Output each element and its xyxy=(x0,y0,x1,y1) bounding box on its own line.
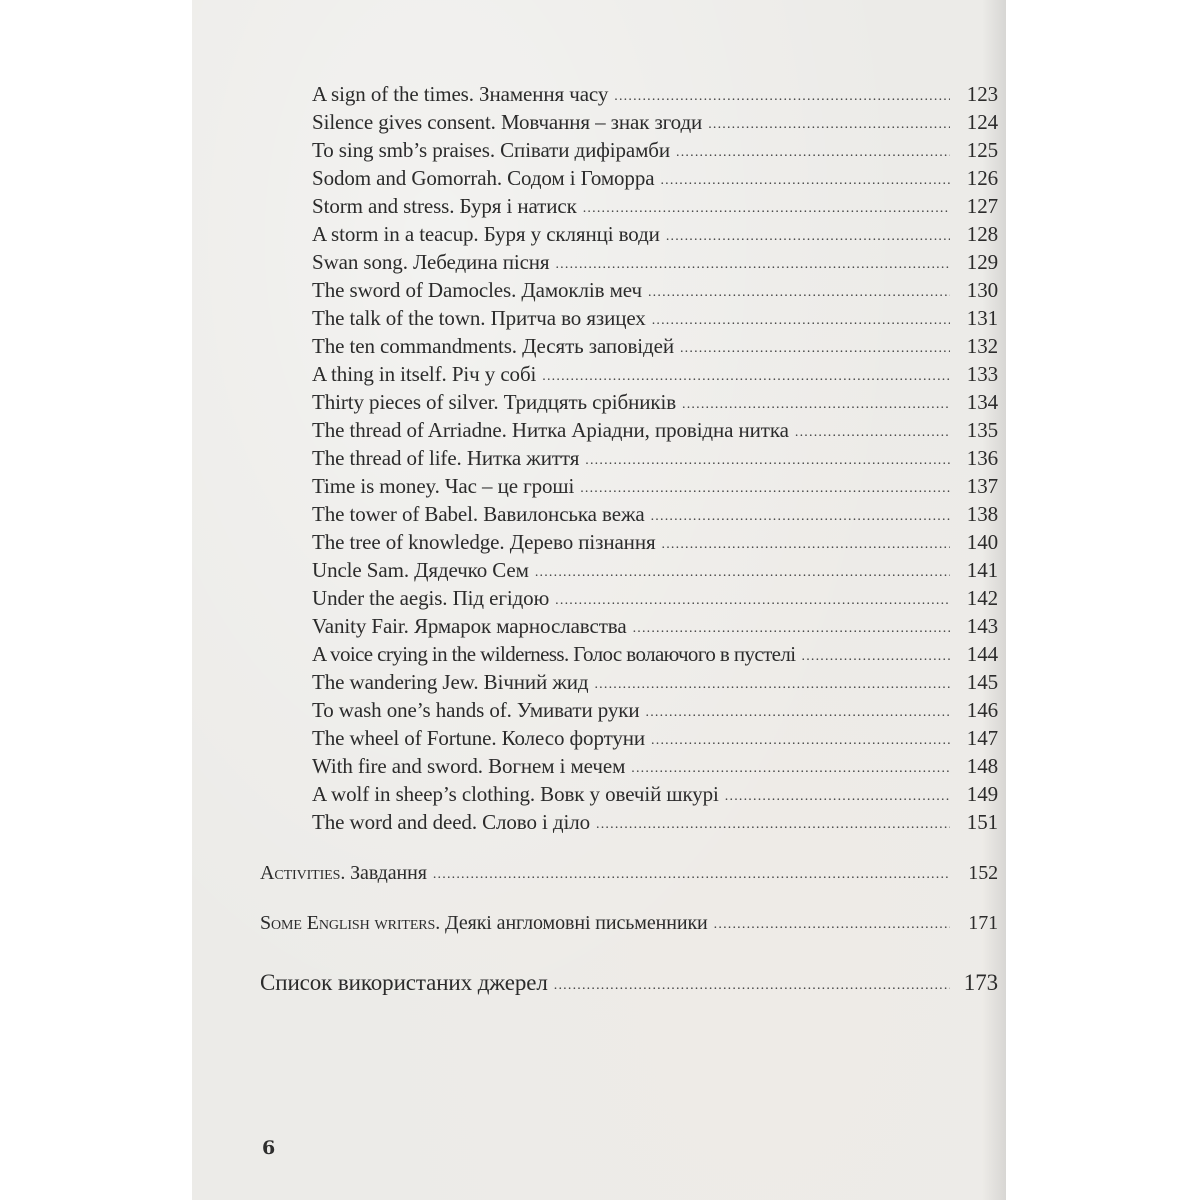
toc-entry-title: Vanity Fair. Ярмарок марнославства xyxy=(312,612,633,640)
toc-entry-title: Thirty pieces of silver. Тридцять срібни… xyxy=(312,388,682,416)
toc-entry-title: A voice crying in the wilderness. Голос … xyxy=(312,640,802,668)
dot-leader xyxy=(580,482,950,496)
toc-entry-page: 134 xyxy=(950,388,998,416)
dot-leader xyxy=(585,454,950,468)
toc-entry: The tree of knowledge. Дерево пізнання 1… xyxy=(312,528,998,556)
toc-entry: The talk of the town. Притча во язицех 1… xyxy=(312,304,998,332)
toc-entry-title: The tree of knowledge. Дерево пізнання xyxy=(312,528,662,556)
dot-leader xyxy=(682,398,950,412)
toc-section-page: 173 xyxy=(950,969,998,997)
toc-entry-page: 125 xyxy=(950,136,998,164)
toc-entry-page: 131 xyxy=(950,304,998,332)
toc-entry-title: The word and deed. Слово і діло xyxy=(312,808,596,836)
dot-leader xyxy=(795,426,950,440)
toc-entry-title: The thread of Arriadne. Нитка Аріадни, п… xyxy=(312,416,795,444)
dot-leader xyxy=(662,538,950,552)
toc-entry-page: 143 xyxy=(950,612,998,640)
toc-entry-title: The wandering Jew. Вічний жид xyxy=(312,668,594,696)
dot-leader xyxy=(802,650,951,664)
toc-entry: A voice crying in the wilderness. Голос … xyxy=(312,640,998,668)
toc-entry-title: The sword of Damocles. Дамоклів меч xyxy=(312,276,648,304)
dot-leader xyxy=(555,594,950,608)
toc-entry: Swan song. Лебедина пісня 129 xyxy=(312,248,998,276)
toc-entry-page: 126 xyxy=(950,164,998,192)
toc-entry-title: Under the aegis. Під егідою xyxy=(312,584,555,612)
toc-entry-title: A storm in a teacup. Буря у склянці води xyxy=(312,220,666,248)
toc-entry-page: 135 xyxy=(950,416,998,444)
toc-section-title-ua: Список використаних джерел xyxy=(260,970,548,995)
toc-entry: To sing smb’s praises. Співати дифірамби… xyxy=(312,136,998,164)
toc-section-title-ua: Деякі англомовні письменники xyxy=(445,912,708,934)
toc-entry-page: 137 xyxy=(950,472,998,500)
page-number: 6 xyxy=(262,1137,275,1159)
toc-entry-page: 140 xyxy=(950,528,998,556)
toc-entry: The thread of Arriadne. Нитка Аріадни, п… xyxy=(312,416,998,444)
toc-entry-page: 133 xyxy=(950,360,998,388)
toc-section-title: Some English writers. Деякі англомовні п… xyxy=(260,909,714,937)
dot-leader xyxy=(542,370,950,384)
dot-leader xyxy=(614,90,950,104)
toc-entry-title: Silence gives consent. Мовчання – знак з… xyxy=(312,108,708,136)
toc-section-references: Список використаних джерел 173 xyxy=(260,969,998,997)
toc-entry-title: The wheel of Fortune. Колесо фортуни xyxy=(312,724,651,752)
toc-section-title-en: Activities. xyxy=(260,862,345,884)
toc-entry-page: 130 xyxy=(950,276,998,304)
toc-entry: The ten commandments. Десять заповідей 1… xyxy=(312,332,998,360)
toc-entry-page: 145 xyxy=(950,668,998,696)
toc-entry: A wolf in sheep’s clothing. Вовк у овечі… xyxy=(312,780,998,808)
toc-entry-page: 148 xyxy=(950,752,998,780)
toc-entry-title: Storm and stress. Буря і натиск xyxy=(312,192,583,220)
dot-leader xyxy=(433,868,950,882)
dot-leader xyxy=(631,762,950,776)
dot-leader xyxy=(596,818,950,832)
toc-section-title: Activities. Завдання xyxy=(260,859,433,887)
toc-entry-page: 149 xyxy=(950,780,998,808)
toc-entry: To wash one’s hands of. Умивати руки 146 xyxy=(312,696,998,724)
dot-leader xyxy=(583,202,950,216)
toc-entry-page: 136 xyxy=(950,444,998,472)
toc-section-page: 171 xyxy=(950,909,998,937)
toc-entry-title: A thing in itself. Річ у собі xyxy=(312,360,542,388)
toc-entry-title: To wash one’s hands of. Умивати руки xyxy=(312,696,646,724)
toc-entry: The tower of Babel. Вавилонська вежа 138 xyxy=(312,500,998,528)
toc-entry-title: The tower of Babel. Вавилонська вежа xyxy=(312,500,651,528)
toc-entry-page: 147 xyxy=(950,724,998,752)
toc-entry: The sword of Damocles. Дамоклів меч 130 xyxy=(312,276,998,304)
toc-entry: A sign of the times. Знамення часу 123 xyxy=(312,80,998,108)
toc-entry-title: To sing smb’s praises. Співати дифірамби xyxy=(312,136,676,164)
toc-entry: A thing in itself. Річ у собі 133 xyxy=(312,360,998,388)
toc-entry-title: The thread of life. Нитка життя xyxy=(312,444,585,472)
dot-leader xyxy=(554,979,950,993)
toc-entry-title: Swan song. Лебедина пісня xyxy=(312,248,555,276)
toc-entry-page: 146 xyxy=(950,696,998,724)
toc-entry: A storm in a teacup. Буря у склянці води… xyxy=(312,220,998,248)
toc-entry-page: 123 xyxy=(950,80,998,108)
dot-leader xyxy=(666,230,950,244)
toc-section-english-writers: Some English writers. Деякі англомовні п… xyxy=(260,909,998,937)
dot-leader xyxy=(651,510,950,524)
toc-entry-page: 129 xyxy=(950,248,998,276)
toc-entry: The wheel of Fortune. Колесо фортуни 147 xyxy=(312,724,998,752)
toc-entry: The wandering Jew. Вічний жид 145 xyxy=(312,668,998,696)
toc-entry-page: 141 xyxy=(950,556,998,584)
toc-section-title-ua: Завдання xyxy=(350,862,427,884)
toc-entry: Thirty pieces of silver. Тридцять срібни… xyxy=(312,388,998,416)
toc-entry-title: The ten commandments. Десять заповідей xyxy=(312,332,680,360)
dot-leader xyxy=(660,174,950,188)
toc-section-title: Список використаних джерел xyxy=(260,969,554,997)
toc-entry: Storm and stress. Буря і натиск 127 xyxy=(312,192,998,220)
toc-entry-page: 124 xyxy=(950,108,998,136)
toc-entry-page: 138 xyxy=(950,500,998,528)
dot-leader xyxy=(714,918,950,932)
dot-leader xyxy=(594,678,950,692)
toc-entry: Sodom and Gomorrah. Содом і Гоморра 126 xyxy=(312,164,998,192)
toc-section-page: 152 xyxy=(950,859,998,887)
dot-leader xyxy=(555,258,950,272)
toc-entry: With fire and sword. Вогнем і мечем 148 xyxy=(312,752,998,780)
toc-entry-page: 128 xyxy=(950,220,998,248)
toc-entry: Vanity Fair. Ярмарок марнославства 143 xyxy=(312,612,998,640)
toc-section-title-en: Some English writers. xyxy=(260,912,440,934)
toc-entry-page: 144 xyxy=(950,640,998,668)
dot-leader xyxy=(708,118,950,132)
toc-entry: Time is money. Час – це гроші 137 xyxy=(312,472,998,500)
toc-entry: The word and deed. Слово і діло 151 xyxy=(312,808,998,836)
toc-entry-title: A wolf in sheep’s clothing. Вовк у овечі… xyxy=(312,780,725,808)
toc-entry-title: Sodom and Gomorrah. Содом і Гоморра xyxy=(312,164,660,192)
dot-leader xyxy=(648,286,950,300)
toc-entry-page: 132 xyxy=(950,332,998,360)
dot-leader xyxy=(646,706,950,720)
toc-entry-title: Time is money. Час – це гроші xyxy=(312,472,580,500)
toc-entry-title: A sign of the times. Знамення часу xyxy=(312,80,614,108)
toc-entry: Under the aegis. Під егідою 142 xyxy=(312,584,998,612)
dot-leader xyxy=(676,146,950,160)
toc-entry-title: The talk of the town. Притча во язицех xyxy=(312,304,652,332)
toc-entry-page: 127 xyxy=(950,192,998,220)
toc-entry: Silence gives consent. Мовчання – знак з… xyxy=(312,108,998,136)
dot-leader xyxy=(652,314,950,328)
toc-entry: Uncle Sam. Дядечко Сем 141 xyxy=(312,556,998,584)
dot-leader xyxy=(651,734,950,748)
dot-leader xyxy=(725,790,950,804)
toc-entry-page: 142 xyxy=(950,584,998,612)
book-page: A sign of the times. Знамення часу 123 S… xyxy=(192,0,1006,1200)
dot-leader xyxy=(633,622,950,636)
toc-entry-title: With fire and sword. Вогнем і мечем xyxy=(312,752,631,780)
toc-entry-page: 151 xyxy=(950,808,998,836)
toc-entry-title: Uncle Sam. Дядечко Сем xyxy=(312,556,535,584)
dot-leader xyxy=(680,342,950,356)
toc-section-activities: Activities. Завдання 152 xyxy=(260,859,998,887)
dot-leader xyxy=(535,566,950,580)
toc-entry: The thread of life. Нитка життя 136 xyxy=(312,444,998,472)
